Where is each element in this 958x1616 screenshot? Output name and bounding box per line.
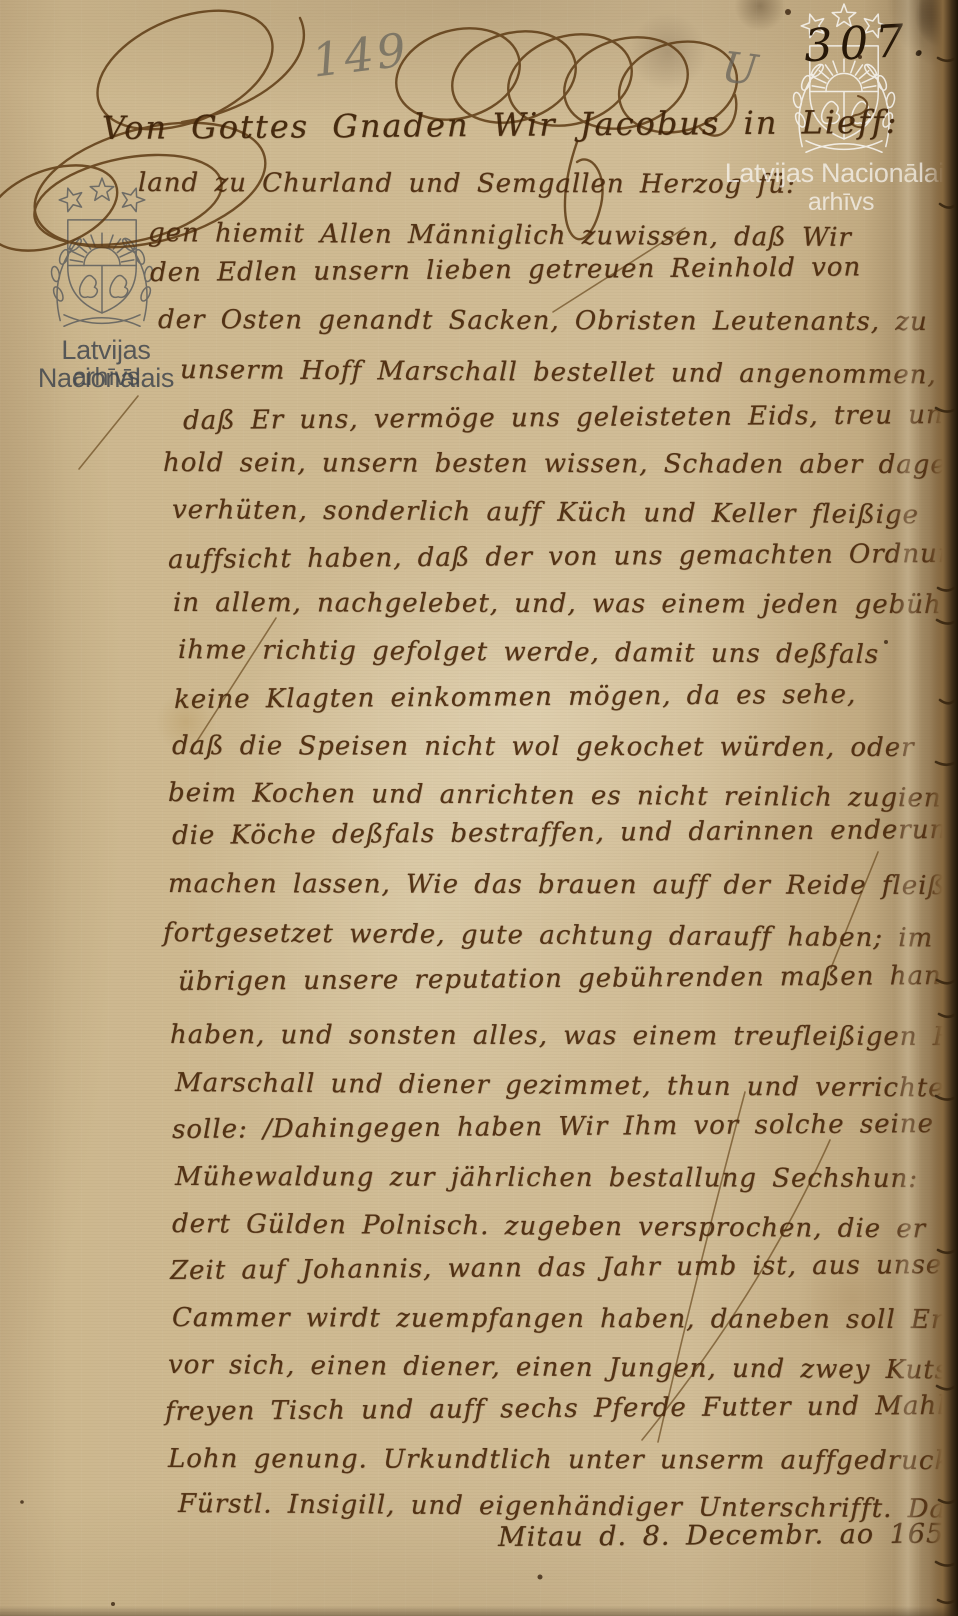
- manuscript-line: haben, und sonsten alles, was einem treu…: [170, 1022, 958, 1050]
- next-page-text-fragments: [922, 0, 958, 1616]
- manuscript-line: daß Er uns, vermöge uns geleisteten Eids…: [183, 402, 958, 434]
- manuscript-line: hold sein, unsern besten wissen, Schaden…: [163, 450, 958, 478]
- manuscript-line: vor sich, einen diener, einen Jungen, un…: [168, 1352, 958, 1384]
- manuscript-line: land zu Churland und Semgallen Herzog fü…: [138, 170, 796, 198]
- manuscript-line: auffsicht haben, daß der von uns gemacht…: [168, 541, 958, 573]
- manuscript-line: keine Klagten einkommen mögen, da es seh…: [174, 682, 856, 713]
- manuscript-line: Lohn genung. Urkundtlich unter unserm au…: [168, 1446, 958, 1474]
- manuscript-line: Cammer wirdt zuempfangen haben, daneben …: [172, 1305, 944, 1333]
- manuscript-line: unserm Hoff Marschall bestellet und ange…: [180, 357, 937, 388]
- page-edge: [922, 0, 958, 1616]
- manuscript-line: den Edlen unsern lieben getreuen Reinhol…: [150, 254, 861, 286]
- manuscript-line: Fürstl. Insigill, und eigenhändiger Unte…: [178, 1491, 958, 1523]
- manuscript-line: gen hiemit Allen Männiglich zuwissen, da…: [148, 220, 852, 251]
- manuscript-line: Zeit auf Johannis, wann das Jahr umb ist…: [170, 1252, 956, 1284]
- manuscript-line: freyen Tisch und auff sechs Pferde Futte…: [165, 1393, 947, 1425]
- manuscript-text-block: Von Gottes Gnaden Wir Jacobus in Lieff: …: [0, 0, 958, 1616]
- manuscript-line: übrigen unsere reputation gebührenden ma…: [178, 963, 958, 995]
- manuscript-line: daß die Speisen nicht wol gekochet würde…: [172, 733, 915, 761]
- manuscript-line: beim Kochen und anrichten es nicht reinl…: [168, 780, 958, 812]
- manuscript-page-scan: Latvijas Nacionālais arhīvs Latvijas Nac…: [0, 0, 958, 1616]
- manuscript-line: ihme richtig gefolget werde, damit uns d…: [178, 637, 879, 668]
- manuscript-line: machen lassen, Wie das brauen auff der R…: [168, 871, 958, 899]
- manuscript-line: die Köche deßfals bestraffen, und darinn…: [172, 817, 958, 849]
- manuscript-line: solle: /Dahingegen haben Wir Ihm vor sol…: [172, 1111, 934, 1143]
- manuscript-line: Mühewaldung zur jährlichen bestallung Se…: [175, 1164, 918, 1192]
- scan-bottom-shadow: [0, 1606, 958, 1616]
- manuscript-line: dert Gülden Polnisch. zugeben versproche…: [172, 1211, 958, 1243]
- manuscript-dateline: Mitau d. 8. Decembr. ao 1654.: [498, 1520, 958, 1551]
- manuscript-line: verhüten, sonderlich auff Küch und Kelle…: [172, 497, 919, 528]
- manuscript-line: in allem, nachgelebet, und, was einem je…: [173, 590, 958, 618]
- manuscript-line: Marschall und diener gezimmet, thun und …: [175, 1070, 958, 1101]
- manuscript-line: der Osten genandt Sacken, Obristen Leute…: [158, 307, 928, 335]
- manuscript-line: Von Gottes Gnaden Wir Jacobus in Lieff:: [102, 106, 899, 144]
- manuscript-line: fortgesetzet werde, gute achtung darauff…: [163, 920, 933, 951]
